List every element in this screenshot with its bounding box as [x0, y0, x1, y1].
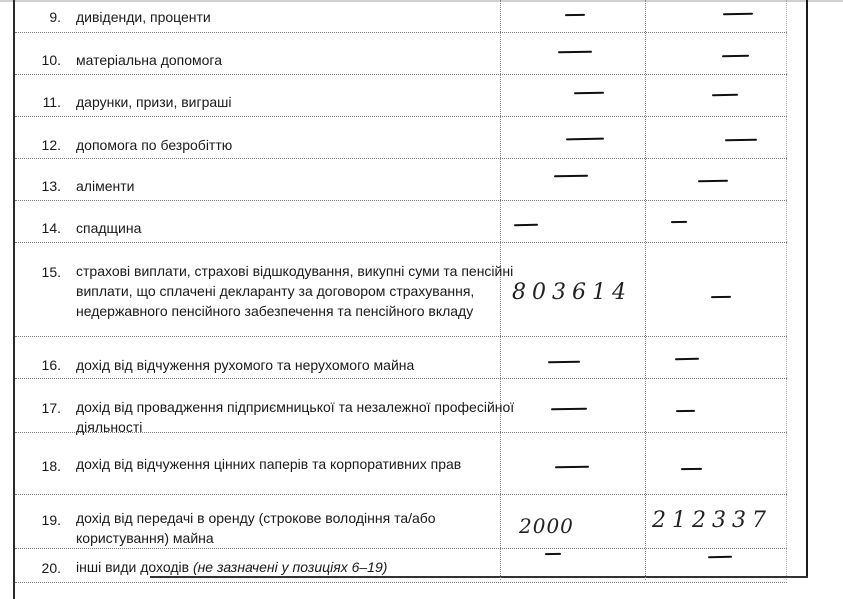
family-value-dash — [722, 55, 749, 57]
row-label: спадщина — [76, 218, 516, 238]
family-value-dash — [708, 556, 732, 558]
row-number: 16. — [23, 357, 61, 373]
declarant-value-dash — [558, 51, 592, 54]
family-value-dash — [681, 468, 702, 470]
table-row: 18. дохід від відчуження цінних паперів … — [15, 432, 787, 495]
row-label: дохід від передачі в оренду (строкове во… — [76, 508, 516, 548]
table-right-border — [806, 0, 808, 578]
row-label: дарунки, призи, виграші — [76, 92, 516, 112]
row-number: 19. — [23, 512, 61, 528]
family-value-dash — [671, 221, 687, 223]
table-row: 12. допомога по безробіттю — [15, 116, 787, 159]
table-row: 16. дохід від відчуження рухомого та нер… — [15, 336, 787, 379]
row-label: дивіденди, проценти — [76, 7, 516, 27]
table-row: 11. дарунки, призи, виграші — [15, 74, 787, 117]
row-label: дохід від відчуження рухомого та нерухом… — [76, 355, 516, 375]
declarant-value-dash — [565, 14, 585, 16]
family-value-dash — [675, 358, 699, 360]
declarant-value-dash — [574, 92, 604, 95]
declarant-value-dash — [545, 553, 561, 555]
table-row: 19. дохід від передачі в оренду (строков… — [15, 494, 787, 549]
table-row: 10. матеріальна допомога — [15, 32, 787, 75]
family-value-dash — [723, 13, 753, 16]
row-number: 10. — [23, 52, 61, 68]
row-label-text: інші види доходів — [76, 559, 189, 575]
row-number: 13. — [23, 178, 61, 194]
row-label: допомога по безробіттю — [76, 135, 516, 155]
family-value-dash — [698, 180, 728, 183]
family-value-dash — [711, 296, 731, 298]
row-label: інші види доходів (не зазначені у позиці… — [76, 557, 516, 577]
declarant-value-dash — [554, 175, 588, 178]
row-label: матеріальна допомога — [76, 50, 516, 70]
row-label-note: (не зазначені у позиціях 6–19) — [193, 559, 387, 575]
row-number: 17. — [23, 400, 61, 416]
table-row: 14. спадщина — [15, 200, 787, 243]
table-row: 15. страхові виплати, страхові відшкодув… — [15, 242, 787, 337]
family-value-handwritten: 212337 — [652, 508, 772, 533]
table-row: 13. аліменти — [15, 158, 787, 201]
declarant-value-handwritten: 2000 — [519, 514, 574, 538]
row-label: дохід від провадження підприємницької та… — [76, 397, 516, 437]
table-row: 17. дохід від провадження підприємницько… — [15, 378, 787, 433]
declarant-value-handwritten: 803614 — [512, 280, 632, 305]
table-row: 20. інші види доходів (не зазначені у по… — [15, 548, 787, 583]
row-number: 20. — [23, 560, 61, 576]
row-number: 11. — [23, 94, 61, 110]
declarant-value-dash — [548, 361, 580, 364]
family-value-dash — [676, 410, 695, 412]
declarant-value-dash — [566, 138, 604, 141]
declarant-value-dash — [514, 224, 538, 226]
row-number: 12. — [23, 137, 61, 153]
row-number: 15. — [23, 264, 61, 280]
row-label: страхові виплати, страхові відшкодування… — [76, 261, 516, 321]
row-label: дохід від відчуження цінних паперів та к… — [76, 454, 516, 474]
row-label: аліменти — [76, 176, 516, 196]
table-row: 9. дивіденди, проценти — [15, 0, 787, 33]
row-number: 18. — [23, 458, 61, 474]
family-value-dash — [725, 139, 757, 142]
row-number: 14. — [23, 220, 61, 236]
declarant-value-dash — [551, 408, 587, 411]
declarant-value-dash — [555, 466, 589, 469]
family-value-dash — [712, 94, 738, 96]
row-number: 9. — [23, 9, 61, 25]
